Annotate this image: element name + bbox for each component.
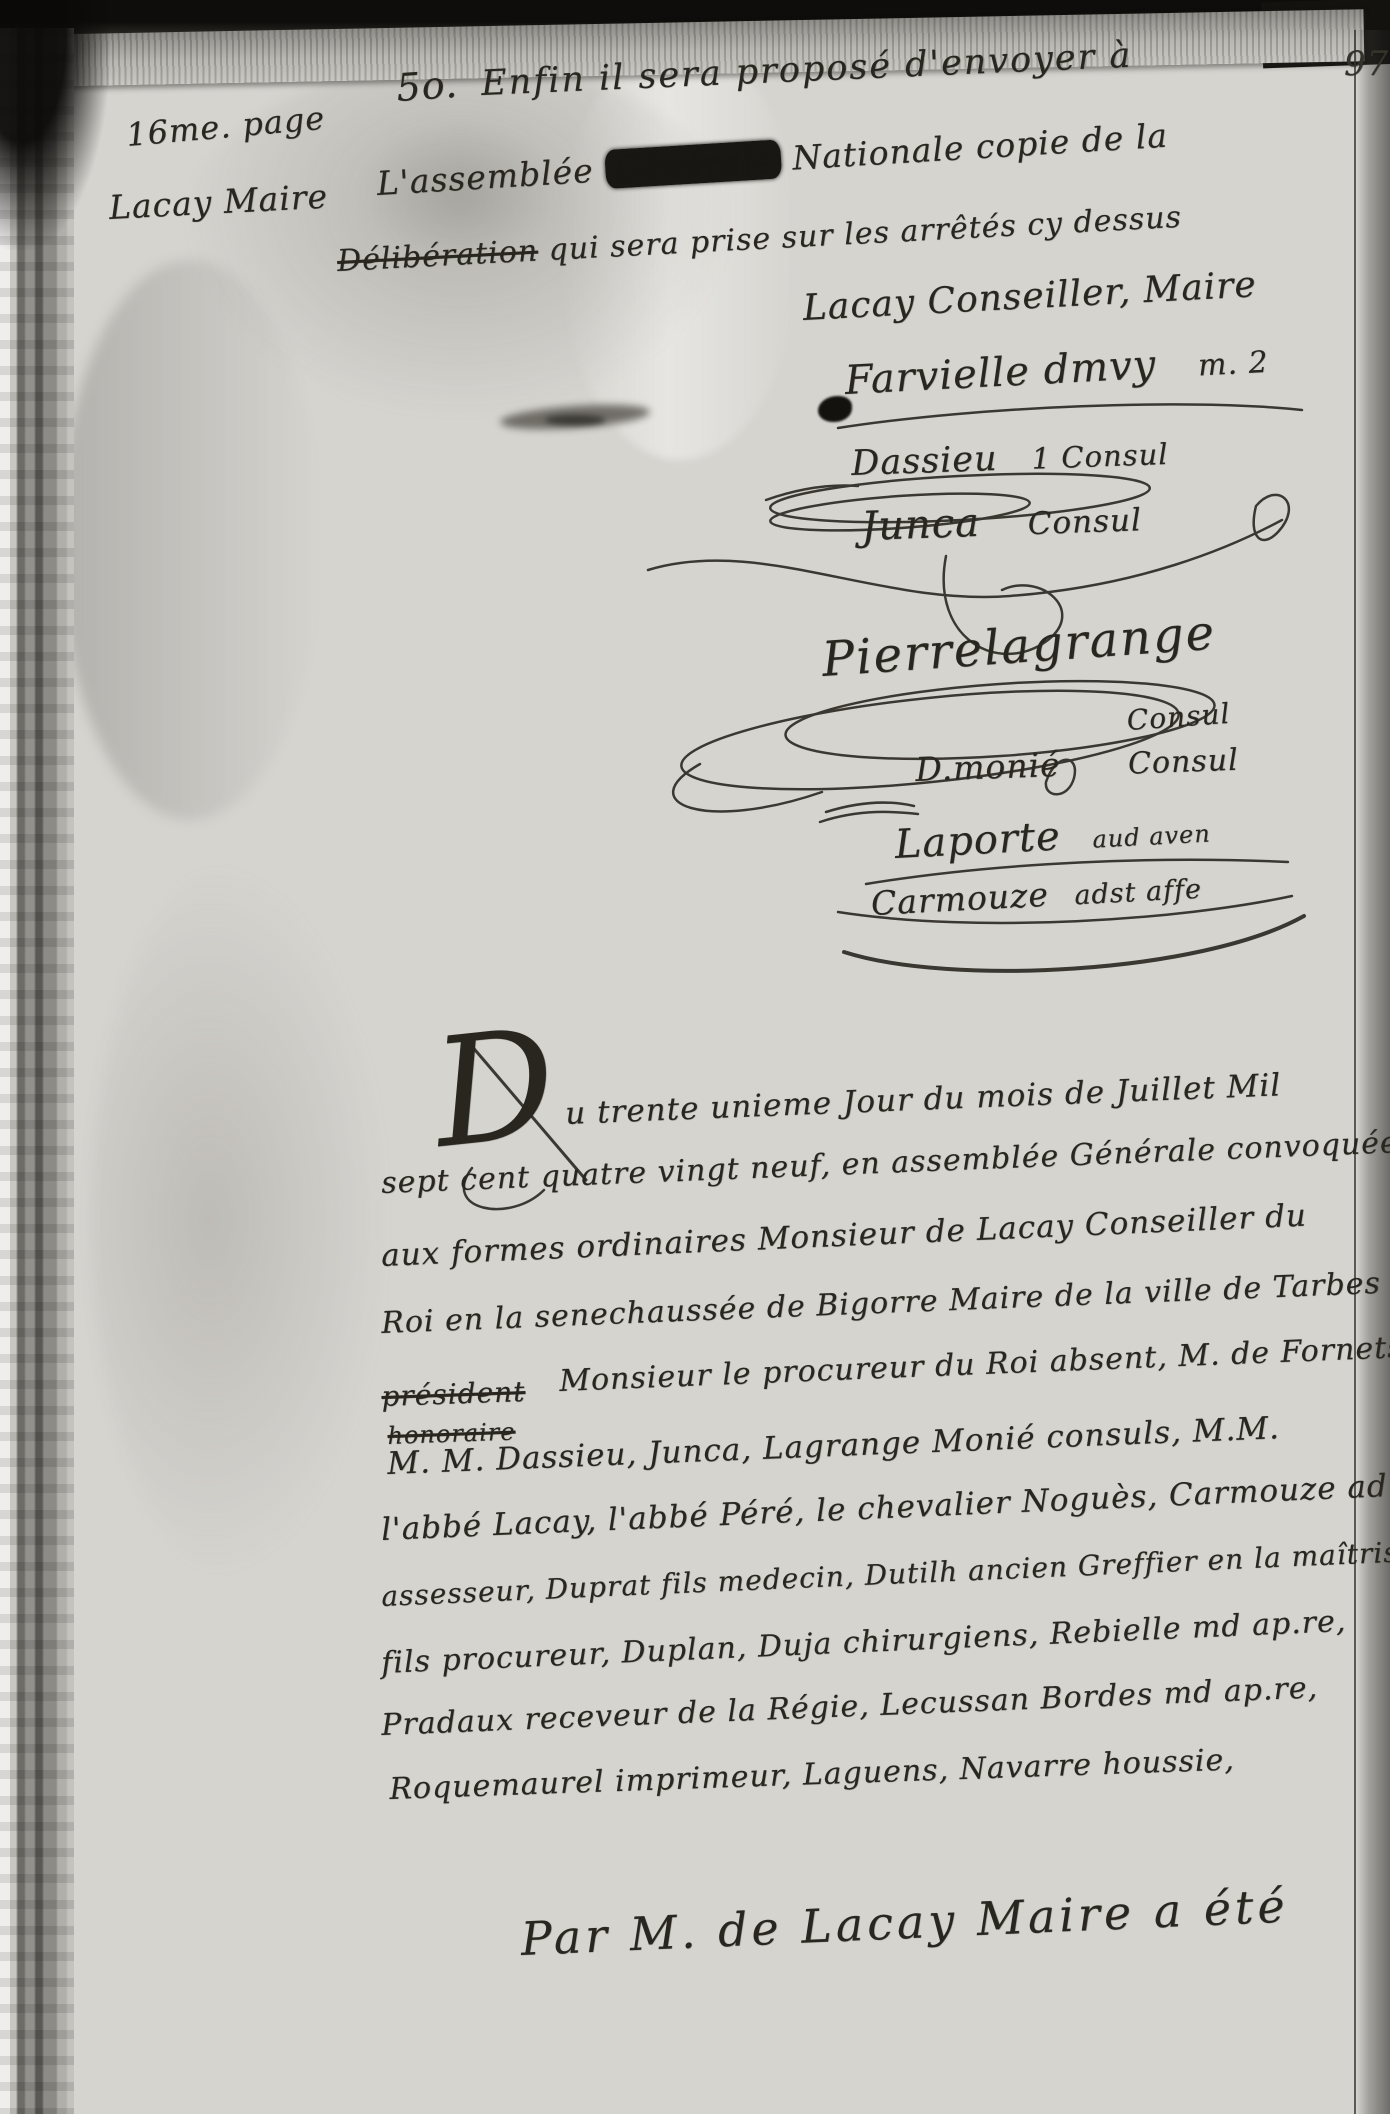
signature-title: 1 Consul — [1031, 437, 1169, 476]
flourish-dassieu-tail — [766, 486, 858, 500]
flourish-carmouze-swoosh — [844, 916, 1304, 971]
signature-note: adst affe — [1074, 874, 1203, 912]
signature-name: Farvielle dmvy — [844, 342, 1158, 404]
flourish-farvielle-underline — [838, 404, 1302, 428]
signature-lagrange-title: Consul — [1126, 697, 1232, 737]
closing-line: Par M. de Lacay Maire a été — [520, 1879, 1290, 1966]
deliberation-word: Délibération — [336, 234, 539, 279]
signature-note: m. 2 — [1197, 345, 1269, 384]
signature-farvielle: Farvielle dmvy m. 2 — [844, 336, 1270, 404]
dark-corner — [0, 0, 110, 250]
signature-monie: D.monié Consul — [915, 739, 1240, 789]
margin-note-author: Lacay Maire — [108, 177, 329, 227]
item-number: 5o. — [395, 62, 459, 110]
signature-title: Consul — [1127, 743, 1239, 782]
signature-dassieu: Dassieu 1 Consul — [851, 433, 1169, 484]
struck-word-president: président — [381, 1375, 526, 1413]
signature-laporte: Laporte aud aven — [894, 806, 1212, 868]
signature-lagrange: Pierrelagrange — [820, 605, 1218, 688]
heading-line-2: L'assemblée Générale Nationale copie de … — [376, 116, 1169, 203]
signature-note: aud aven — [1092, 820, 1212, 854]
flourish-lagrange-tail — [673, 764, 822, 811]
body-line-6: M. M. Dassieu, Junca, Lagrange Monié con… — [387, 1410, 1281, 1482]
attribution-line: Lacay Conseiller, Maire — [802, 264, 1258, 329]
folio-number: 97 — [1344, 44, 1389, 84]
manuscript-scan: 97 16me. page Lacay Maire 5o. Enfin il s… — [0, 0, 1390, 2114]
page-stack-left-edge — [0, 28, 74, 2114]
signature-name: Carmouze — [870, 875, 1050, 923]
heading-line-2-end: Nationale copie de la — [791, 116, 1169, 178]
body-line-9: fils procureur, Duplan, Duja chirurgiens… — [380, 1604, 1347, 1681]
margin-note-page: 16me. page — [125, 99, 327, 154]
flourish-junca-paraph — [1254, 495, 1289, 540]
crossed-out-word: Générale — [604, 139, 782, 189]
heading-line-2-start: L'assemblée — [376, 151, 595, 203]
paper-stain — [60, 260, 320, 820]
body-line-11: Roquemaurel imprimeur, Laguens, Navarre … — [389, 1743, 1236, 1807]
signature-name: Junca — [860, 500, 980, 550]
body-line-8: assesseur, Duprat fils medecin, Dutilh a… — [381, 1535, 1390, 1613]
heading-line-3-rest: qui sera prise sur les arrêtés cy dessus — [548, 200, 1183, 268]
dropcap: D — [426, 996, 565, 1182]
heading-line-3: Délibération qui sera prise sur les arrê… — [336, 200, 1183, 279]
signature-title: Consul — [1027, 502, 1142, 542]
page-right-crease — [1354, 30, 1390, 2114]
body-line-3: aux formes ordinaires Monsieur de Lacay … — [380, 1198, 1307, 1274]
signature-carmouze: Carmouze adst affe — [870, 867, 1203, 923]
signature-name: Dassieu — [851, 439, 999, 484]
signature-name: Laporte — [894, 813, 1062, 868]
body-line-10: Pradaux receveur de la Régie, Lecussan B… — [381, 1670, 1319, 1743]
pen-flourishes — [0, 0, 1390, 2114]
body-line-5: Monsieur le procureur du Roi absent, M. … — [559, 1327, 1390, 1399]
flourish-monie-scribble — [820, 803, 918, 822]
signature-junca: Junca Consul — [860, 494, 1142, 550]
body-line-1: u trente unieme Jour du mois de Juillet … — [565, 1067, 1282, 1132]
paper-stain — [90, 860, 390, 1580]
body-line-4: Roi en la senechaussée de Bigorre Maire … — [381, 1266, 1382, 1341]
ink-blot — [545, 415, 605, 425]
signature-name: D.monié — [915, 745, 1062, 789]
body-line-7: l'abbé Lacay, l'abbé Péré, le chevalier … — [380, 1468, 1388, 1548]
